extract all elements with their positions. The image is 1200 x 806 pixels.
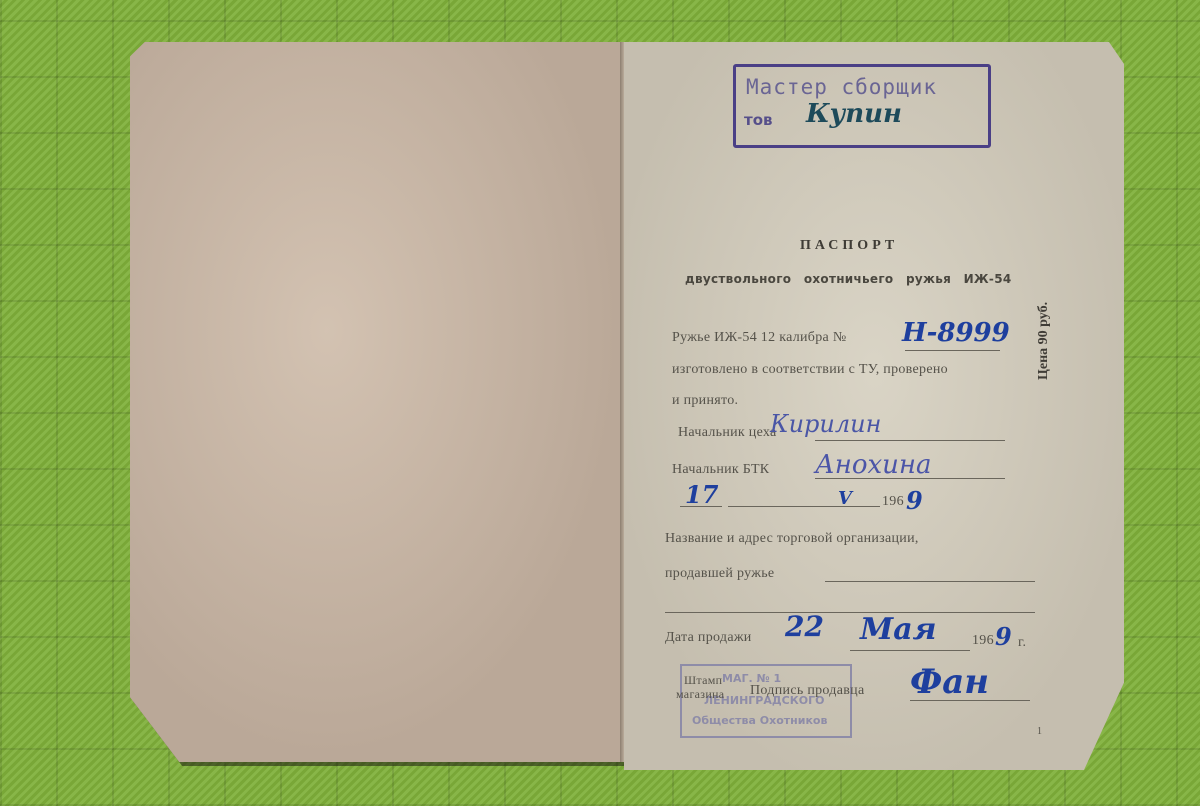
sale-month: Мая [860,612,937,647]
document-title: ПАСПОРТ [800,238,898,254]
date-month: V [838,488,852,509]
sale-year-digit: 9 [995,622,1012,651]
stamp-label-line-1: Штамп [684,673,722,688]
sale-month-underline [850,650,970,651]
date-day: 17 [685,480,718,509]
compliance-line-2: и принято. [672,393,738,409]
date-month-underline [728,506,880,507]
stamp-prefix: тов [744,111,773,129]
stamp-label-line-2: магазина [676,687,724,702]
serial-underline [905,350,1000,351]
org-label-line-1: Название и адрес торговой организации, [665,531,919,547]
booklet-spine [620,42,624,762]
sale-year-prefix: 196 [972,633,994,649]
sale-day: 22 [785,610,824,643]
compliance-line-1: изготовлено в соответствии с ТУ, провере… [672,362,948,378]
seller-signature: Фан [910,662,989,702]
left-page-blank [130,42,622,762]
page-number: 1 [1037,726,1042,737]
date-year-digit: 9 [906,486,923,515]
org-label-line-2: продавшей ружье [665,566,774,582]
document-subtitle: двуствольного охотничьего ружья ИЖ-54 [685,272,1012,286]
btk-head-signature: Анохина [815,450,932,480]
shop-stamp-line-3: Общества Охотников [692,714,827,727]
price-label: Цена 90 руб. [1036,302,1052,380]
date-year-prefix: 196 [882,494,904,510]
seller-signature-label: Подпись продавца [750,683,864,699]
sale-date-label: Дата продажи [665,630,752,646]
serial-label: Ружье ИЖ-54 12 калибра № [672,330,847,346]
sale-year-suffix: г. [1018,635,1026,651]
org-underline-2 [665,612,1035,613]
shop-head-label: Начальник цеха [678,425,777,441]
master-assembler-stamp: Мастер сборщик тов Купин [733,64,991,148]
stamp-title: Мастер сборщик [746,75,937,99]
serial-number: Н-8999 [902,318,1010,348]
stamp-signature: Купин [806,99,902,129]
btk-head-label: Начальник БТК [672,462,769,478]
shop-head-signature: Кирилин [770,410,881,438]
org-underline-1 [825,581,1035,582]
shop-head-underline [815,440,1005,441]
